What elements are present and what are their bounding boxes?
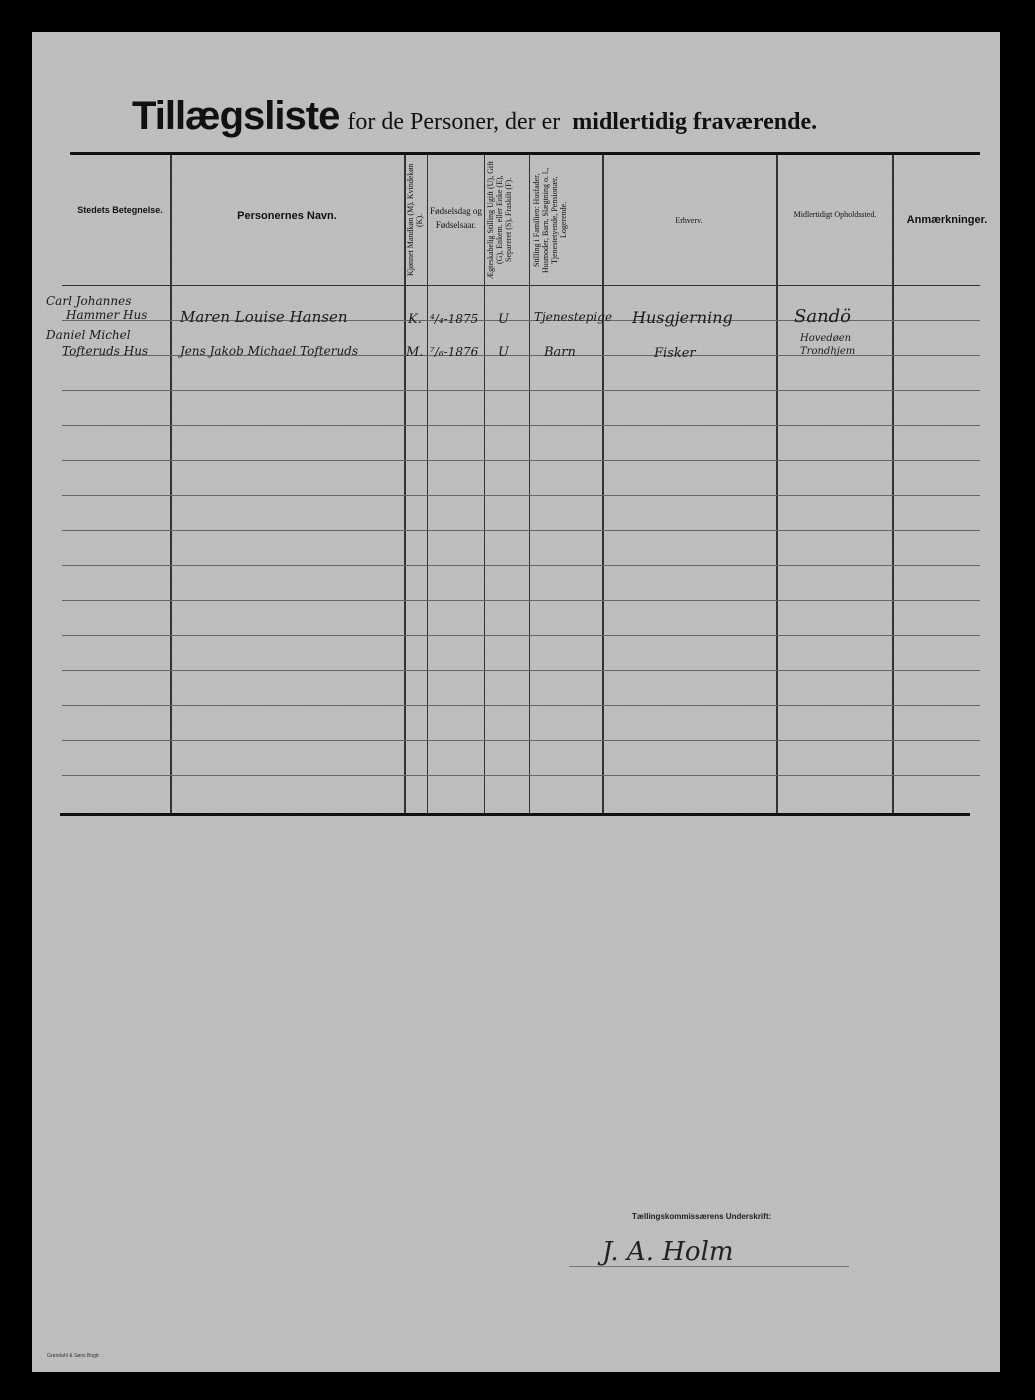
- col-divider: [427, 155, 428, 815]
- row-place-line2: Tofteruds Hus: [62, 344, 148, 358]
- row-family: Tjenestepige: [534, 310, 612, 324]
- col-divider: [776, 155, 778, 815]
- row-line: [62, 565, 980, 566]
- signature-line: [569, 1266, 849, 1267]
- bottom-rule: [60, 813, 970, 816]
- row-occupation: Fisker: [654, 346, 696, 361]
- top-rule: [70, 152, 980, 155]
- row-line: [62, 460, 980, 461]
- row-line: [62, 530, 980, 531]
- col-divider: [602, 155, 604, 815]
- row-line: [62, 495, 980, 496]
- row-family: Barn: [544, 345, 576, 360]
- row-name: Maren Louise Hansen: [180, 308, 348, 326]
- row-line: [62, 425, 980, 426]
- row-name: Jens Jakob Michael Tofteruds: [180, 344, 358, 358]
- row-marital: U: [498, 345, 509, 360]
- row-birth: ⁷/₆-1876: [430, 345, 478, 359]
- col-divider: [529, 155, 530, 815]
- row-place-line2: Hammer Hus: [66, 308, 147, 322]
- title-subtitle: for de Personer, der er: [347, 109, 560, 135]
- printer-mark: Grøndahl & Søns Bogtr.: [47, 1353, 100, 1359]
- row-place-line1: Carl Johannes: [46, 294, 131, 308]
- title-subtitle-bold: midlertidig fraværende.: [572, 109, 817, 135]
- signature-label: Tællingskommissærens Underskrift:: [632, 1212, 771, 1221]
- header-rule: [62, 285, 980, 286]
- row-line: [62, 705, 980, 706]
- form-title: Tillægslistefor de Personer, der er midl…: [132, 94, 817, 139]
- signature: J. A. Holm: [602, 1237, 734, 1267]
- row-line: [62, 740, 980, 741]
- census-form-page: Tillægslistefor de Personer, der er midl…: [32, 32, 1000, 1372]
- row-residence: Hovedøen Trondhjem: [800, 332, 870, 358]
- header-sex: Kjønnet Mandkøn (M). Kvindekøn (K).: [406, 160, 426, 280]
- row-place-line1: Daniel Michel: [46, 328, 131, 342]
- title-main: Tillægsliste: [132, 94, 339, 138]
- header-occupation: Erhverv.: [604, 216, 774, 225]
- header-family: Stilling i Familien: Husfader, Husmoder,…: [532, 160, 600, 280]
- row-marital: U: [498, 312, 509, 327]
- header-marital: Ægteskabelig Stilling Ugift (U), Gift (G…: [486, 160, 528, 280]
- row-line: [62, 775, 980, 776]
- header-temp-residence: Midlertidigt Opholdssted.: [790, 208, 880, 221]
- row-line: [62, 670, 980, 671]
- col-divider: [484, 155, 485, 815]
- row-birth: ⁴/₄-1875: [430, 312, 478, 326]
- row-line: [62, 390, 980, 391]
- header-name: Personernes Navn.: [172, 210, 402, 222]
- header-birth: Fødselsdag og Fødselsaar.: [428, 204, 484, 232]
- row-line: [62, 600, 980, 601]
- row-residence: Sandö: [794, 306, 851, 327]
- header-remarks: Anmærkninger.: [894, 214, 1000, 226]
- row-occupation: Husgjerning: [632, 308, 733, 327]
- row-line: [62, 635, 980, 636]
- row-sex: K.: [408, 312, 422, 327]
- col-divider: [892, 155, 894, 815]
- row-sex: M.: [406, 345, 423, 360]
- col-divider: [170, 155, 172, 815]
- header-place: Stedets Betegnelse.: [72, 204, 168, 216]
